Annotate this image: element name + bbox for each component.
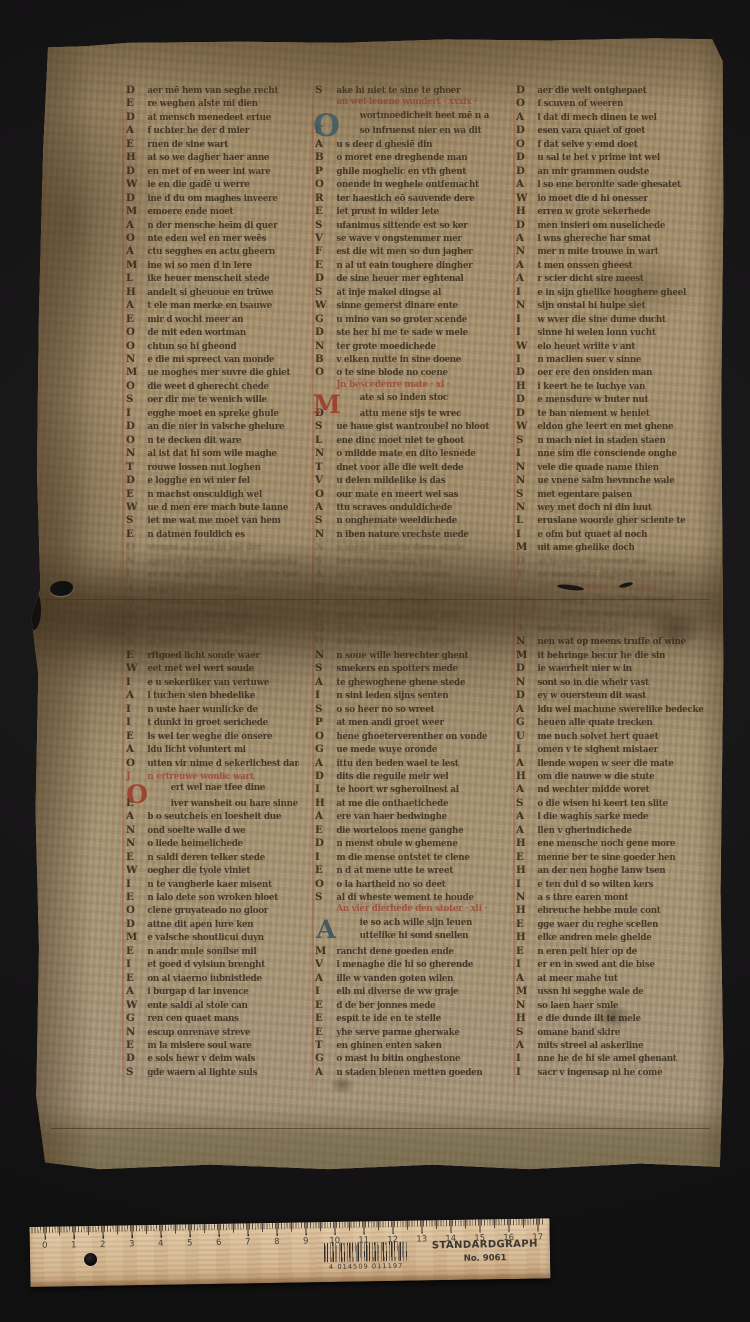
ruling-line [312, 80, 314, 1102]
line-initial-letter: O [315, 178, 330, 190]
line-initial-letter: O [315, 635, 330, 647]
ruling-line [513, 80, 515, 1102]
manuscript-line: Ere weghen alste mi dien [126, 97, 299, 110]
line-initial-letter: D [516, 151, 531, 163]
manuscript-line: Iw wver die sine dume ducht [516, 313, 712, 326]
line-initial-letter: I [516, 353, 531, 365]
manuscript-line: Aille w vanden goten wilen [315, 972, 490, 985]
manuscript-line: Allende wopen w seer die mate [516, 757, 712, 770]
manuscript-line: Eiet prust in wilder lete [315, 205, 490, 218]
line-initial-letter: H [516, 864, 531, 876]
line-initial-letter: I [315, 595, 330, 607]
line-initial-letter: A [315, 568, 330, 580]
manuscript-line: Eespit te ide en te stelle [315, 1012, 490, 1025]
manuscript-line: Jn bescedenre mate · xl · [315, 380, 490, 393]
manuscript-line: Dat te swae berouwet me [516, 555, 712, 568]
manuscript-line: Ier en in swed ant die bise [516, 958, 712, 971]
line-initial-letter: T [315, 461, 330, 473]
manuscript-line: Oo la hartheid no so deet [315, 878, 490, 891]
line-initial-letter: E [126, 1039, 141, 1051]
manuscript-line: Fest die wit men so dun jagher [315, 245, 490, 258]
manuscript-line: De so noch d deer en al [126, 609, 299, 622]
ruler-model: No. 9061 [426, 1252, 544, 1264]
line-initial-letter: I [126, 958, 141, 970]
line-initial-letter: S [516, 1026, 531, 1038]
line-initial-letter: A [516, 703, 531, 715]
manuscript-line: Daer die welt ontghepaet [516, 84, 712, 97]
manuscript-line: Dte ban niement w heniet [516, 407, 712, 420]
manuscript-line: Ie ten dul d so wilten kers [516, 878, 712, 891]
line-initial-letter: D [126, 609, 141, 621]
line-initial-letter: E [126, 97, 141, 109]
manuscript-line: No mildde mate en dito lesnede [315, 447, 490, 460]
manuscript-line: Am groter sekerhede [126, 582, 299, 595]
manuscript-line: Smer al daer sdselliger dult [315, 609, 490, 622]
line-initial-letter: I [315, 985, 330, 997]
manuscript-line: Sherrlichede saltu leren [315, 555, 490, 568]
manuscript-line: Dde sine heuer mer eghtenal [315, 272, 490, 285]
manuscript-line: Ssmekers en spotters mede [315, 662, 490, 675]
line-initial-letter: D [126, 84, 141, 96]
line-initial-letter: W [315, 299, 330, 311]
line-initial-letter: M [126, 259, 141, 271]
line-initial-letter: N [315, 541, 330, 553]
line-initial-letter: N [516, 676, 531, 688]
manuscript-line: Ohene ghoeterverenther on vonde [315, 730, 490, 743]
manuscript-line: an wel leuene wondert · xxxix · [315, 97, 490, 110]
line-initial-letter: A [315, 676, 330, 688]
line-initial-letter: E [126, 313, 141, 325]
line-initial-letter: A [315, 501, 330, 513]
line-initial-letter: A [315, 972, 330, 984]
ruler: 01234567891011121314151617 4 014509 0111… [30, 1218, 551, 1287]
ruler-number: 9 [303, 1236, 309, 1246]
manuscript-line: Els wel ter weghe die onsere [126, 730, 299, 743]
manuscript-line: Ie u sekerliker van vertuwe [126, 676, 299, 689]
line-initial-letter: G [516, 716, 531, 728]
line-initial-letter: D [126, 111, 141, 123]
manuscript-line: Ernen de sine wart [126, 138, 299, 151]
line-initial-letter: A [516, 622, 531, 634]
manuscript-line: Nnen wat op meens truffe of wine [516, 635, 712, 648]
line-initial-letter: E [315, 259, 330, 271]
manuscript-line: Hom die nauwe w die stute [516, 770, 712, 783]
line-initial-letter: W [126, 501, 141, 513]
manuscript-line: En d at mene utte te wreet [315, 864, 490, 877]
line-initial-letter: M [126, 931, 141, 943]
manuscript-line: An vier dierhede den stoter · xli · [315, 904, 490, 917]
manuscript-line: Die waerheit nier w in [516, 662, 712, 675]
line-initial-letter: D [126, 165, 141, 177]
line-initial-letter: O [126, 380, 141, 392]
line-initial-letter: O [126, 326, 141, 338]
manuscript-line: Dey w ouersteun dit wast [516, 689, 712, 702]
line-initial-letter: D [315, 272, 330, 284]
line-initial-letter: A [126, 582, 141, 594]
line-initial-letter: N [315, 649, 330, 661]
line-initial-letter: S [315, 891, 330, 903]
line-initial-letter: I [126, 878, 141, 890]
line-initial-letter: S [315, 662, 330, 674]
manuscript-line: Dste her hi me te sade w mele [315, 326, 490, 339]
ruler-number: 5 [187, 1238, 193, 1248]
line-initial-letter: D [516, 689, 531, 701]
line-initial-letter: S [315, 420, 330, 432]
manuscript-line: Ate ghewoghene ghene stede [315, 676, 490, 689]
line-initial-letter: M [126, 205, 141, 217]
line-initial-letter: N [126, 1026, 141, 1038]
manuscript-line: Aso wel tusschen w beden [315, 568, 490, 581]
line-initial-letter: A [315, 757, 330, 769]
line-initial-letter: O [126, 340, 141, 352]
manuscript-line: Soer dir me te wenich wille [126, 393, 299, 406]
line-initial-letter: D [516, 219, 531, 231]
line-initial-letter: D [516, 555, 531, 567]
line-initial-letter: G [126, 1012, 141, 1024]
line-initial-letter: S [315, 219, 330, 231]
manuscript-line: Memoere ende moet [126, 205, 299, 218]
line-initial-letter: N [516, 999, 531, 1011]
line-initial-letter: M [516, 985, 531, 997]
manuscript-line: Vu delen mildelike is das [315, 474, 490, 487]
line-initial-letter: E [126, 972, 141, 984]
manuscript-line: He die dunde ilt te mele [516, 1012, 712, 1025]
manuscript-line: Amits streel al askerline [516, 1039, 712, 1052]
line-initial-letter: D [516, 165, 531, 177]
line-initial-letter: U [516, 730, 531, 742]
manuscript-line: Wue d men ere mach bute lanne [126, 501, 299, 514]
manuscript-line: Sgde waern al lighte suls [126, 1066, 299, 1079]
manuscript-line: Allen v gherindichede [516, 824, 712, 837]
manuscript-line: Muit ame ghelike doch [516, 541, 712, 554]
line-initial-letter: M [516, 649, 531, 661]
line-initial-letter: M [516, 541, 531, 553]
manuscript-line: And wechter midde woret [516, 783, 712, 796]
line-initial-letter: A [516, 111, 531, 123]
line-initial-letter: S [126, 393, 141, 405]
manuscript-line: Sake hi niet te sine te ghoer [315, 84, 490, 97]
line-initial-letter: A [516, 972, 531, 984]
line-initial-letter: H [126, 151, 141, 163]
line-initial-letter: A [126, 124, 141, 136]
manuscript-line: Bo moret ene dreghende man [315, 151, 490, 164]
line-initial-letter: N [315, 528, 330, 540]
manuscript-line: Edie worteloos mene ganghe [315, 824, 490, 837]
manuscript-line: Ten ghinen enten saken [315, 1039, 490, 1052]
line-initial-letter: N [126, 353, 141, 365]
line-initial-letter: N [315, 340, 330, 352]
line-initial-letter: I [516, 1066, 531, 1078]
line-initial-letter: N [126, 837, 141, 849]
line-initial-letter: G [126, 622, 141, 634]
line-initial-letter: J [126, 770, 141, 782]
line-initial-letter: A [126, 299, 141, 311]
line-initial-letter: W [126, 999, 141, 1011]
manuscript-line: So so heer no so wreet [315, 703, 490, 716]
manuscript-line: Doer ere den onsiden man [516, 366, 712, 379]
manuscript-line: Oclene gruyateado no gloor [126, 904, 299, 917]
manuscript-page: ontatē sijaa teghrauner entebounerenod e… [30, 36, 724, 1176]
manuscript-line: Nso laen haer smle [516, 999, 712, 1012]
line-initial-letter: I [516, 878, 531, 890]
ruling-line [122, 80, 124, 1102]
manuscript-line: Gue mede wuye oronde [315, 743, 490, 756]
line-initial-letter: H [315, 582, 330, 594]
line-initial-letter: E [126, 851, 141, 863]
line-initial-letter: I [126, 568, 141, 580]
manuscript-line: De mensdure w buter nut [516, 393, 712, 406]
line-initial-letter: S [126, 1066, 141, 1078]
manuscript-line: Nwey met doch ni din luut [516, 501, 712, 514]
line-initial-letter: W [516, 192, 531, 204]
line-initial-letter: O [126, 541, 141, 553]
line-initial-letter: T [315, 1039, 330, 1051]
line-initial-letter: A [516, 824, 531, 836]
line-initial-letter: D [126, 1052, 141, 1064]
line-initial-letter: N [315, 447, 330, 459]
line-initial-letter: M [126, 366, 141, 378]
line-initial-letter: E [315, 205, 330, 217]
line-initial-letter: A [126, 219, 141, 231]
manuscript-line: In te vangherle kaer misent [126, 878, 299, 891]
parchment-hole [50, 581, 73, 596]
line-initial-letter: F [315, 245, 330, 257]
manuscript-line: Sn onghemate weeldichede [315, 514, 490, 527]
line-initial-letter: D [516, 393, 531, 405]
line-initial-letter: S [315, 514, 330, 526]
line-initial-letter: I [516, 1052, 531, 1064]
manuscript-line: Nue vnene salm hevnnche wale [516, 474, 712, 487]
manuscript-line: Ume nuch solvet hert quaet [516, 730, 712, 743]
manuscript-line: Dan mir grammen oudste [516, 165, 712, 178]
line-initial-letter: D [315, 407, 330, 419]
manuscript-line: Erftgoed licht sonde waer [126, 649, 299, 662]
manuscript-line: Ier en w ghene vrede mede te bade [126, 568, 299, 581]
line-initial-letter: G [315, 743, 330, 755]
ruler-hole [84, 1253, 97, 1266]
manuscript-line: Oo bila grotest no vin eigne [315, 635, 490, 648]
ruler-number: 2 [100, 1240, 106, 1250]
manuscript-line: Pat men andi groet weer [315, 716, 490, 729]
manuscript-line: Dattu mene sijs te wrec [315, 407, 490, 420]
manuscript-line: Nn soue wille berechter ghent [315, 649, 490, 662]
line-initial-letter: A [126, 245, 141, 257]
line-initial-letter: O [315, 366, 330, 378]
manuscript-line: Pghile moghelic en vth ghent [315, 165, 490, 178]
line-initial-letter: E [126, 891, 141, 903]
manuscript-line: Ie ofm but quaet al noch [516, 528, 712, 541]
ruler-cm-ticks [45, 1219, 542, 1240]
manuscript-line: Mue moghes mer suvre die ghiet [126, 366, 299, 379]
line-initial-letter: N [516, 461, 531, 473]
line-initial-letter: N [516, 635, 531, 647]
manuscript-line: Al so ene beronite sade ghesatet [516, 178, 712, 191]
line-initial-letter: S [516, 434, 531, 446]
ruler-number: 0 [42, 1241, 48, 1251]
line-initial-letter: D [315, 770, 330, 782]
line-initial-letter: H [516, 837, 531, 849]
line-initial-letter: N [516, 891, 531, 903]
line-initial-letter: A [126, 985, 141, 997]
line-initial-letter: I [126, 703, 141, 715]
manuscript-line: Aat meer mahe tut [516, 972, 712, 985]
line-initial-letter: E [126, 528, 141, 540]
manuscript-line: En eren pelt hier op de [516, 945, 712, 958]
manuscript-line: An staden bleuen metten goeden [315, 1066, 490, 1079]
manuscript-line: Emenne ber te sine goeder hen [516, 851, 712, 864]
line-initial-letter: A [516, 272, 531, 284]
manuscript-line: Au s deer d ghesiē din [315, 138, 490, 151]
manuscript-line: An der mensche heīm di quer [126, 219, 299, 232]
photo-backdrop: ontatē sijaa teghrauner entebounerenod e… [0, 0, 750, 1322]
manuscript-line: Nmer n mite trouwe in wart [516, 245, 712, 258]
manuscript-line: Iet goed d vylsiun brenght [126, 958, 299, 971]
manuscript-line: Al die waghis sarke mede [516, 810, 712, 823]
ruler-numbers: 01234567891011121314151617 [30, 1218, 550, 1227]
manuscript-line: Oonende in weghele ontfemacht [315, 178, 490, 191]
line-initial-letter: A [516, 757, 531, 769]
line-initial-letter: H [516, 931, 531, 943]
line-initial-letter: A [516, 783, 531, 795]
manuscript-line: Ne die mi spreect van monde [126, 353, 299, 366]
manuscript-line: Ab o seutcheis en loesheit due [126, 810, 299, 823]
manuscript-line: Siet me wat me moet van hem [126, 514, 299, 527]
manuscript-line: Hat me die onthaetichede [315, 797, 490, 810]
line-initial-letter: O [126, 434, 141, 446]
line-initial-letter: E [126, 488, 141, 500]
manuscript-line: Mussn hi segghe wale de [516, 985, 712, 998]
line-initial-letter: O [315, 488, 330, 500]
manuscript-line: Nond soelte walle d we [126, 824, 299, 837]
manuscript-line: Nter grote moedichede [315, 340, 490, 353]
line-initial-letter: D [126, 192, 141, 204]
line-initial-letter: S [126, 514, 141, 526]
bottom-crease-line [51, 1128, 710, 1129]
manuscript-line: On te decken dit ware [126, 434, 299, 447]
manuscript-line: Handelt si gheuoue en trūwe [126, 286, 299, 299]
line-initial-letter: S [315, 609, 330, 621]
ruler-brand-block: STANDARDGRAPH No. 9061 [426, 1238, 544, 1264]
manuscript-line: Sal di wheste wement te houde [315, 891, 490, 904]
manuscript-line: Me valsche shoutlicui duyn [126, 931, 299, 944]
manuscript-line: Welo heuet wriite v ant [516, 340, 712, 353]
manuscript-line: Wie en die gadē u werre [126, 178, 299, 191]
manuscript-line: Go mast lu bitin onghestone [315, 1052, 490, 1065]
manuscript-line: Nn mene come in diere stede [315, 541, 490, 554]
line-initial-letter: O [126, 232, 141, 244]
manuscript-line: Nal ist dat hi som wile maghe [126, 447, 299, 460]
manuscript-line: Gheuen alle quate trecken [516, 716, 712, 729]
manuscript-line: Al dat di mech dinen te wel [516, 111, 712, 124]
manuscript-line: Ite hoort wr sgheroilnest al [315, 783, 490, 796]
manuscript-line: Wio moet die d hi onesser [516, 192, 712, 205]
line-initial-letter: D [126, 918, 141, 930]
manuscript-line: Trouwe lossen nut loghen [126, 461, 299, 474]
manuscript-line: Na s thre earen mont [516, 891, 712, 904]
line-initial-letter: I [315, 689, 330, 701]
manuscript-line: Daer mē hem van seghe recht [126, 84, 299, 97]
line-initial-letter: A [126, 743, 141, 755]
manuscript-line: uttelike hi sond snellen [315, 931, 490, 944]
manuscript-line: Odie weet d gherecht chede [126, 380, 299, 393]
line-initial-letter: T [516, 568, 531, 580]
line-initial-letter: D [516, 407, 531, 419]
line-initial-letter: W [516, 340, 531, 352]
manuscript-line: Bv elken nutte in sine doene [315, 353, 490, 366]
line-initial-letter: D [315, 622, 330, 634]
line-initial-letter: I [126, 407, 141, 419]
manuscript-line: Tne moechstu dighode ou vivet [516, 568, 712, 581]
manuscript-line: Dine d du om maghes inveere [126, 192, 299, 205]
manuscript-line: Halm wi elken bedaghe [315, 582, 490, 595]
manuscript-line: Wsinne gemerst dinare ente [315, 299, 490, 312]
line-initial-letter: D [516, 124, 531, 136]
line-initial-letter: D [315, 837, 330, 849]
line-initial-letter: H [516, 205, 531, 217]
line-initial-letter: A [516, 259, 531, 271]
line-initial-letter: S [315, 703, 330, 715]
line-initial-letter: V [315, 474, 330, 486]
line-initial-letter: N [126, 447, 141, 459]
manuscript-line: Sufanimus sittende est so ker [315, 219, 490, 232]
manuscript-line: Onte eden wel en mer weēs [126, 232, 299, 245]
line-initial-letter: D [126, 420, 141, 432]
line-initial-letter: A [315, 810, 330, 822]
line-initial-letter: N [126, 555, 141, 567]
manuscript-line: Fso infruenst nier en wa dit [315, 124, 490, 137]
line-initial-letter: S [126, 635, 141, 647]
line-initial-letter: L [315, 434, 330, 446]
manuscript-line: Nescup onrenave streve [126, 1026, 299, 1039]
line-initial-letter: I [516, 313, 531, 325]
parchment-edge-notch [25, 588, 41, 630]
line-initial-letter: N [516, 299, 531, 311]
manuscript-line: Dn menst obule w ghemene [315, 837, 490, 850]
manuscript-line: Oo te sine blode no coene [315, 366, 490, 379]
manuscript-line: Ien ti a die gode lach [315, 595, 490, 608]
manuscript-line: At men onssen gheest [516, 259, 712, 272]
manuscript-line: ondu der selver ware goet [516, 582, 712, 595]
manuscript-line: Like heuer menscheit stede [126, 272, 299, 285]
manuscript-line: Tdnet voor alle die welt dede [315, 461, 490, 474]
line-initial-letter: N [516, 245, 531, 257]
line-initial-letter: O [126, 757, 141, 769]
ruler-mm-ticks [32, 1218, 544, 1232]
manuscript-line: Du sal te bet v prime int wel [516, 151, 712, 164]
line-initial-letter: L [126, 272, 141, 284]
manuscript-line: En lalo dete son wroken bloet [126, 891, 299, 904]
line-initial-letter: V [315, 958, 330, 970]
manuscript-line: Isinne hi welen lonn vucht [516, 326, 712, 339]
manuscript-line: Dmen insieri om nuselichede [516, 219, 712, 232]
line-initial-letter: I [516, 743, 531, 755]
line-initial-letter: E [516, 945, 531, 957]
line-initial-letter: I [126, 676, 141, 688]
line-initial-letter: H [126, 286, 141, 298]
manuscript-line: Ie in sijn ghelike houghere gheel [516, 286, 712, 299]
ruler-number: 4 [158, 1239, 164, 1249]
manuscript-line: Hene mensche noch gene more [516, 837, 712, 850]
line-initial-letter: I [516, 447, 531, 459]
manuscript-line: Gewone dul waren sijn [126, 622, 299, 635]
line-initial-letter: D [126, 474, 141, 486]
ruler-number: 7 [245, 1237, 251, 1247]
manuscript-line: No liede heimelichede [126, 837, 299, 850]
line-initial-letter: H [315, 797, 330, 809]
line-initial-letter: A [126, 689, 141, 701]
manuscript-line: Ddits die reguile meir wel [315, 770, 490, 783]
manuscript-line: uit w int sgesti ghedene [516, 609, 712, 622]
